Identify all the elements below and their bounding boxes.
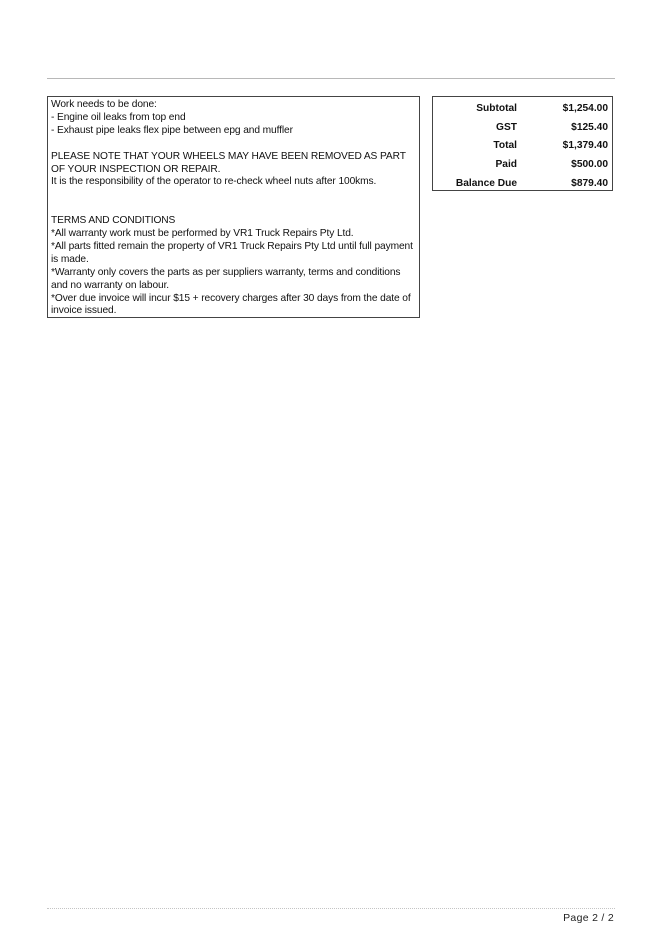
wheel-responsibility: It is the responsibility of the operator… xyxy=(51,176,416,189)
work-item: - Engine oil leaks from top end xyxy=(51,112,416,125)
totals-label: Subtotal xyxy=(433,103,517,114)
terms-heading: TERMS AND CONDITIONS xyxy=(51,215,416,228)
totals-row-total: Total $1,379.40 xyxy=(433,137,612,156)
invoice-totals: Subtotal $1,254.00 GST $125.40 Total $1,… xyxy=(432,96,613,191)
totals-row-gst: GST $125.40 xyxy=(433,118,612,137)
totals-label: GST xyxy=(433,122,517,133)
totals-label: Balance Due xyxy=(433,178,517,189)
header-divider xyxy=(47,78,615,79)
footer-divider xyxy=(47,908,615,909)
totals-value: $1,379.40 xyxy=(517,140,608,151)
invoice-notes: Work needs to be done: - Engine oil leak… xyxy=(47,96,420,318)
totals-value: $1,254.00 xyxy=(517,103,608,114)
totals-row-subtotal: Subtotal $1,254.00 xyxy=(433,99,612,118)
page-number: Page 2 / 2 xyxy=(563,912,614,924)
wheel-notice: OF YOUR INSPECTION OR REPAIR. xyxy=(51,164,416,177)
totals-value: $125.40 xyxy=(517,122,608,133)
totals-row-balance-due: Balance Due $879.40 xyxy=(433,174,612,193)
totals-value: $500.00 xyxy=(517,159,608,170)
totals-value: $879.40 xyxy=(517,178,608,189)
terms-item: *Warranty only covers the parts as per s… xyxy=(51,267,416,293)
work-heading: Work needs to be done: xyxy=(51,99,416,112)
wheel-notice: PLEASE NOTE THAT YOUR WHEELS MAY HAVE BE… xyxy=(51,151,416,164)
work-item: - Exhaust pipe leaks flex pipe between e… xyxy=(51,125,416,138)
totals-row-paid: Paid $500.00 xyxy=(433,155,612,174)
terms-item: *Over due invoice will incur $15 + recov… xyxy=(51,293,416,319)
terms-item: *All parts fitted remain the property of… xyxy=(51,241,416,267)
terms-item: *All warranty work must be performed by … xyxy=(51,228,416,241)
totals-label: Paid xyxy=(433,159,517,170)
totals-label: Total xyxy=(433,140,517,151)
